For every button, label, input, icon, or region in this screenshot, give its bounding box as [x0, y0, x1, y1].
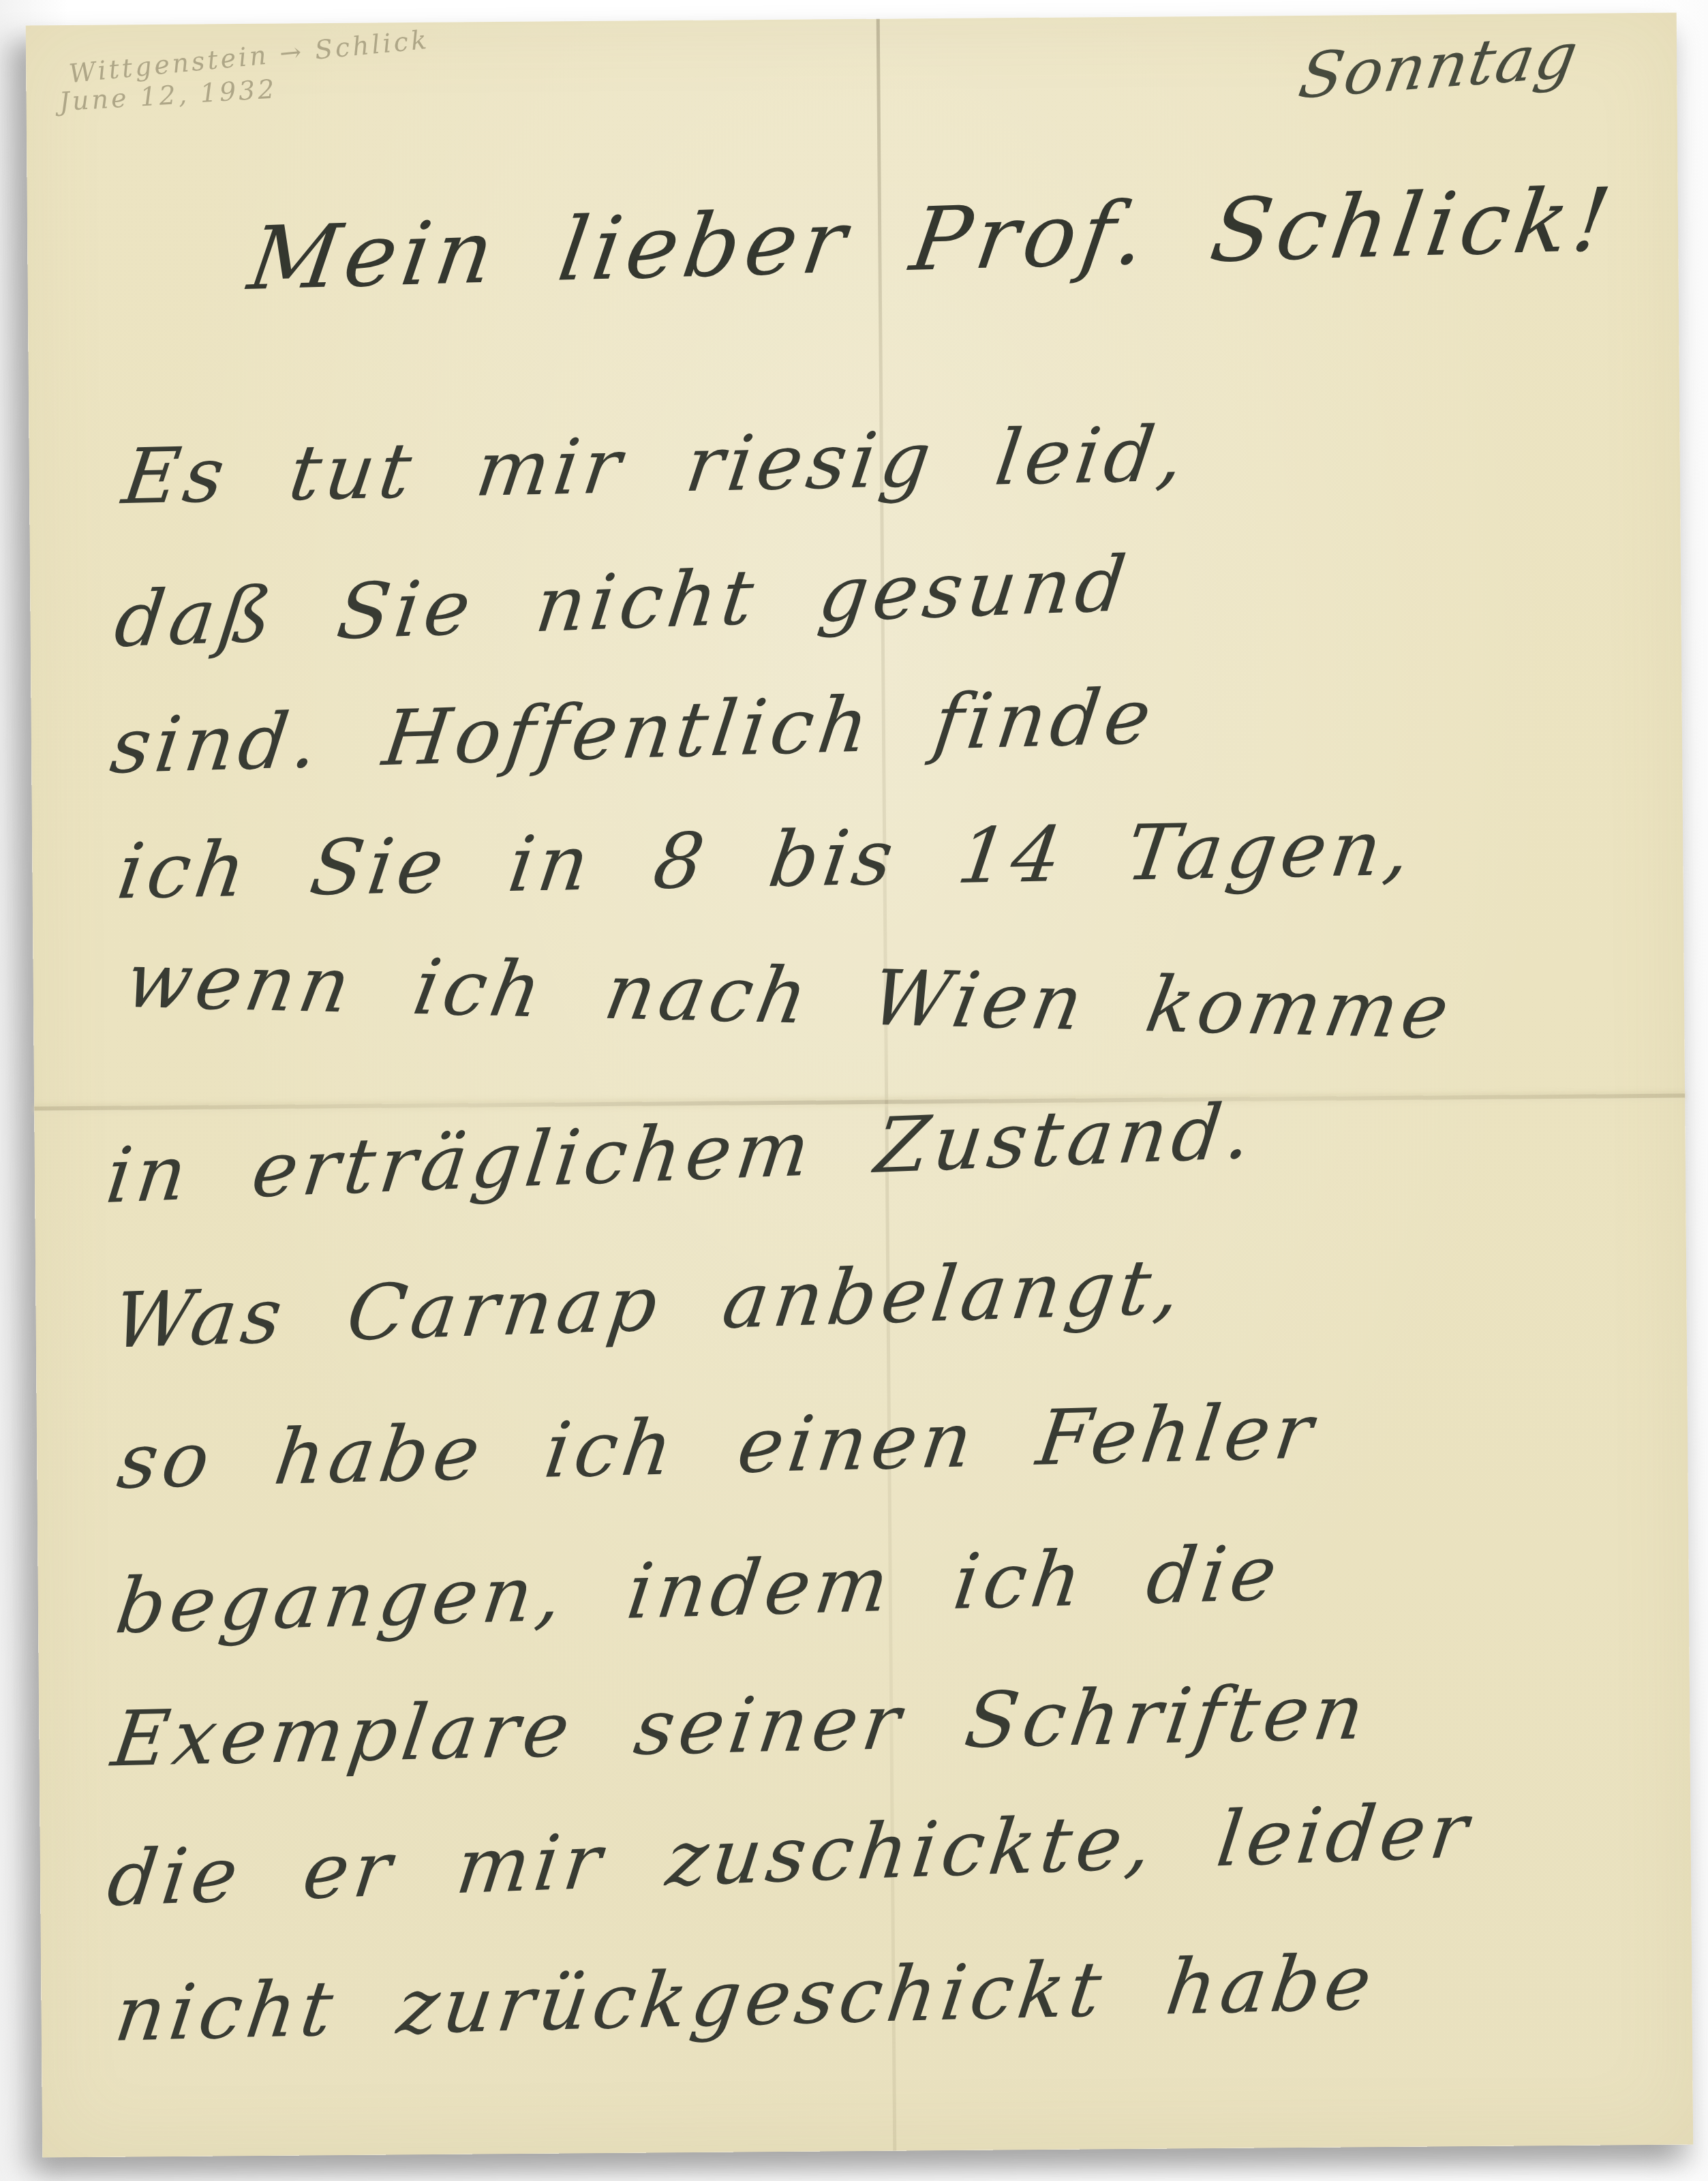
- letter-line-9: begangen, indem ich die: [111, 1529, 1286, 1651]
- letter-line-7: Was Carnap anbelangt,: [109, 1242, 1190, 1366]
- letter-line-12: nicht zurückgeschickt habe: [110, 1938, 1382, 2059]
- letter-line-1: Es tut mir riesig leid,: [117, 410, 1193, 521]
- weekday-note: Sonntag: [1294, 19, 1584, 113]
- letter-line-11: die er mir zuschickte, leider: [103, 1786, 1477, 1923]
- salutation: Mein lieber Prof. Schlick!: [243, 169, 1622, 310]
- letter-line-4: ich Sie in 8 bis 14 Tagen,: [112, 804, 1420, 917]
- scan-background: Wittgenstein → Schlick June 12, 1932 Son…: [0, 0, 1708, 2181]
- letter-paper: Wittgenstein → Schlick June 12, 1932 Son…: [26, 13, 1693, 2158]
- letter-line-10: Exemplare seiner Schriften: [107, 1668, 1374, 1784]
- letter-line-2: daß Sie nicht gesund: [110, 540, 1135, 665]
- letter-line-8: so habe ich einen Fehler: [112, 1387, 1322, 1506]
- letter-line-3: sind. Hoffentlich finde: [106, 673, 1161, 791]
- letter-line-5: wenn ich nach Wien komme: [119, 936, 1460, 1056]
